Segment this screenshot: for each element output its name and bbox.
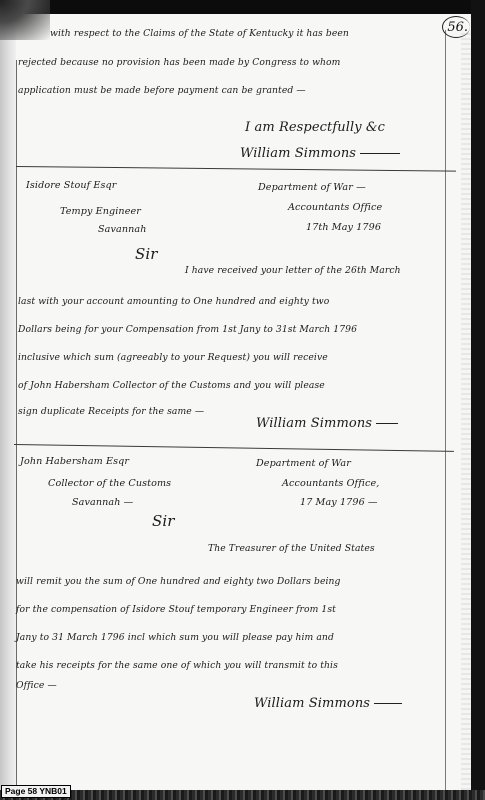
letter3-recipient-name: John Habersham Esqr xyxy=(20,456,129,467)
letter3-salutation: Sir xyxy=(152,512,175,530)
letter3-body-line-6: Office — xyxy=(16,680,57,691)
letter3-signature: William Simmons xyxy=(254,696,402,711)
letter2-body-line-6: sign duplicate Receipts for the same — xyxy=(18,406,204,417)
letter3-body-line-2: will remit you the sum of One hundred an… xyxy=(16,576,341,587)
letter2-signature: William Simmons xyxy=(256,416,398,431)
letter2-department: Department of War — xyxy=(258,182,366,193)
letter2-body-line-1: I have received your letter of the 26th … xyxy=(185,265,401,276)
signature-flourish xyxy=(376,423,398,424)
letter2-recipient-title: Tempy Engineer xyxy=(60,206,141,217)
letter1-line-1: with respect to the Claims of the State … xyxy=(50,28,349,39)
letter2-recipient-place: Savannah xyxy=(98,224,147,235)
letter3-recipient-title: Collector of the Customs xyxy=(48,478,171,489)
signature-text: William Simmons xyxy=(240,146,356,161)
letter3-body-line-5: take his receipts for the same one of wh… xyxy=(16,660,338,671)
letter1-signature: William Simmons xyxy=(240,146,400,161)
letter2-body-line-5: of John Habersham Collector of the Custo… xyxy=(18,380,325,391)
right-edge-speckle xyxy=(461,30,471,790)
signature-flourish xyxy=(360,153,400,154)
page-number: 56. xyxy=(442,16,470,38)
letter2-office: Accountants Office xyxy=(288,202,382,213)
right-dark-border xyxy=(471,0,485,800)
corner-shadow xyxy=(0,0,50,40)
letter1-line-2: rejected because no provision has been m… xyxy=(18,57,341,68)
right-margin-rule xyxy=(445,30,446,790)
paper-sheet xyxy=(0,14,473,792)
page-footer-label: Page 58 YNB01 xyxy=(1,785,71,798)
letter3-body-line-4: Jany to 31 March 1796 incl which sum you… xyxy=(16,632,334,643)
letter3-body-line-3: for the compensation of Isidore Stouf te… xyxy=(16,604,336,615)
letter3-department: Department of War xyxy=(256,458,351,469)
signature-text: William Simmons xyxy=(254,696,370,711)
signature-text: William Simmons xyxy=(256,416,372,431)
letter1-line-3: application must be made before payment … xyxy=(18,85,306,96)
signature-flourish xyxy=(374,703,402,704)
document-scan: 56. with respect to the Claims of the St… xyxy=(0,0,485,800)
bottom-dark-border xyxy=(0,790,485,800)
letter3-date: 17 May 1796 — xyxy=(300,497,378,508)
letter1-closing: I am Respectfully &c xyxy=(245,120,385,135)
letter2-recipient-name: Isidore Stouf Esqr xyxy=(26,180,116,191)
letter2-body-line-4: inclusive which sum (agreeably to your R… xyxy=(18,352,328,363)
letter3-recipient-place: Savannah — xyxy=(72,497,133,508)
letter3-office: Accountants Office, xyxy=(282,478,379,489)
letter3-body-line-1: The Treasurer of the United States xyxy=(208,543,375,554)
left-edge-shadow xyxy=(0,14,16,792)
letter2-body-line-2: last with your account amounting to One … xyxy=(18,296,329,307)
letter2-salutation: Sir xyxy=(135,245,158,263)
letter2-body-line-3: Dollars being for your Compensation from… xyxy=(18,324,357,335)
letter2-date: 17th May 1796 xyxy=(306,222,381,233)
